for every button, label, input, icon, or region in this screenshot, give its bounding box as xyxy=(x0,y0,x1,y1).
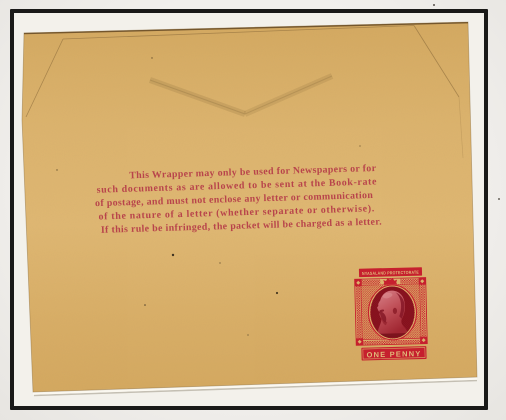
stamp-denomination-tablet: ONE PENNY xyxy=(361,346,426,360)
scan-speck xyxy=(12,146,14,148)
scan-speck xyxy=(433,4,435,6)
imprinted-stamp: NYASALAND PROTECTORATE xyxy=(351,265,429,362)
usage-inscription: This Wrapper may only be used for Newspa… xyxy=(77,153,409,243)
scanned-photo: This Wrapper may only be used for Newspa… xyxy=(0,0,506,420)
stamp-portrait-frame xyxy=(355,277,428,345)
stamp-country-banner: NYASALAND PROTECTORATE xyxy=(359,267,422,277)
stamp-denomination-label: ONE PENNY xyxy=(366,349,421,359)
scan-speck xyxy=(498,198,500,200)
